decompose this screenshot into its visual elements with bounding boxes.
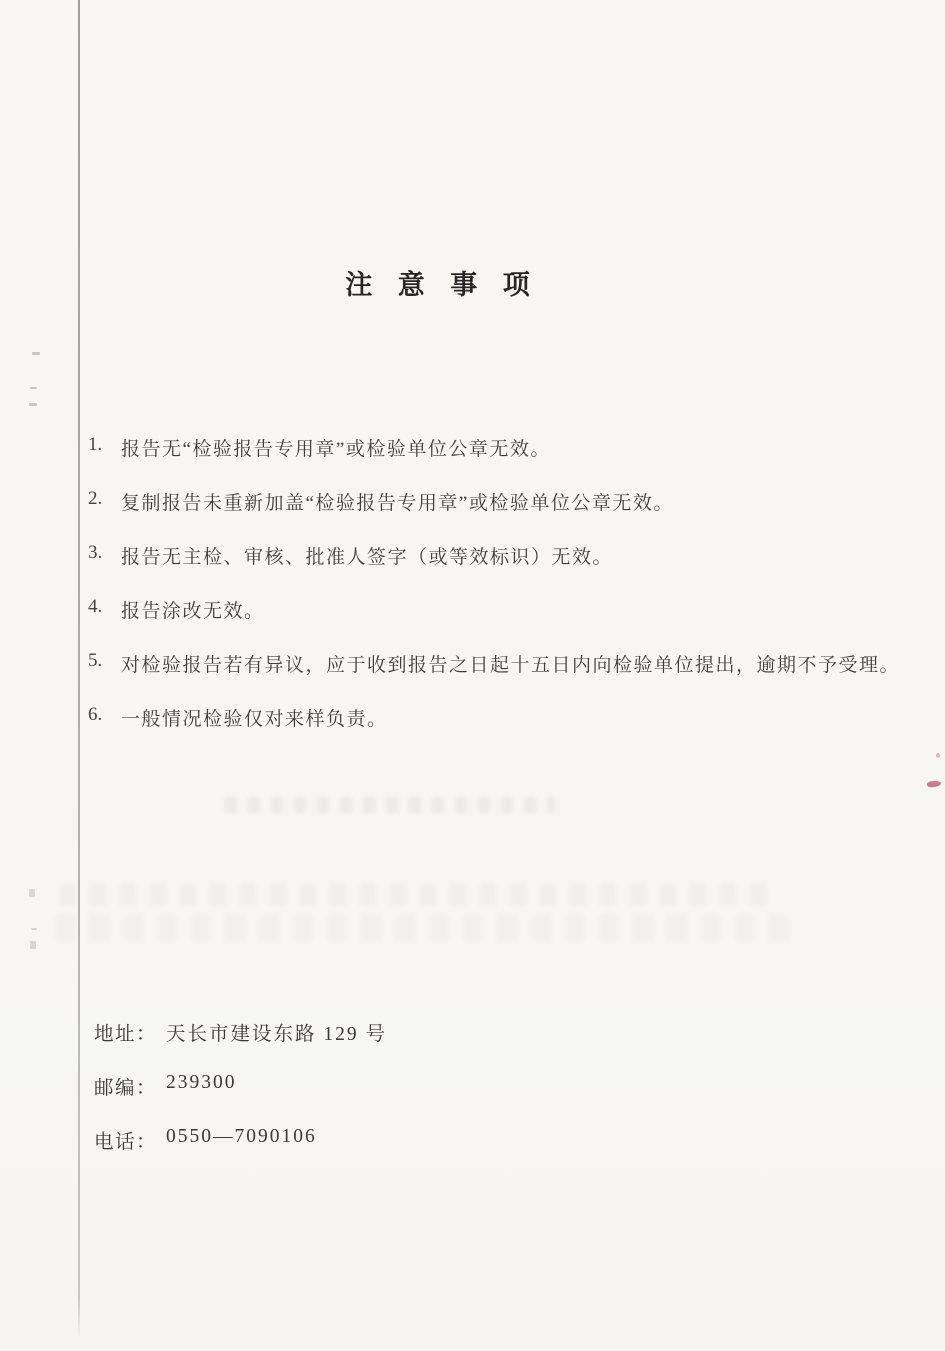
phone-label: 电话：	[94, 1126, 166, 1154]
bleedthrough-smudge	[60, 884, 780, 906]
list-item: 1. 报告无“检验报告专用章”或检验单位公章无效。	[88, 434, 927, 456]
ink-smudge-dot	[936, 753, 940, 758]
list-item: 6. 一般情况检验仅对来样负责。	[88, 704, 927, 726]
item-text: 复制报告未重新加盖“检验报告专用章”或检验单位公章无效。	[121, 488, 674, 515]
item-number: 6.	[88, 704, 121, 726]
postcode-label: 邮编：	[94, 1072, 166, 1100]
page-fold-line	[78, 0, 80, 1338]
margin-mark	[31, 928, 37, 930]
item-number: 3.	[88, 542, 121, 564]
item-number: 4.	[88, 596, 121, 618]
contact-block: 地址： 天长市建设东路 129 号 邮编： 239300 电话： 0550—70…	[94, 1018, 387, 1180]
address-row: 地址： 天长市建设东路 129 号	[94, 1018, 387, 1041]
margin-mark	[30, 387, 37, 389]
postcode-value: 239300	[166, 1072, 237, 1094]
list-item: 4. 报告涂改无效。	[88, 596, 927, 618]
bleedthrough-smudge	[55, 915, 795, 941]
item-text: 报告涂改无效。	[121, 596, 265, 623]
margin-mark	[32, 352, 40, 355]
item-number: 1.	[88, 434, 121, 456]
postcode-row: 邮编： 239300	[94, 1072, 387, 1095]
item-text: 报告无“检验报告专用章”或检验单位公章无效。	[121, 434, 551, 461]
list-item: 5. 对检验报告若有异议，应于收到报告之日起十五日内向检验单位提出，逾期不予受理…	[88, 650, 927, 672]
list-item: 2. 复制报告未重新加盖“检验报告专用章”或检验单位公章无效。	[88, 488, 927, 510]
document-page: 注 意 事 项 1. 报告无“检验报告专用章”或检验单位公章无效。 2. 复制报…	[0, 0, 945, 1351]
address-label: 地址：	[94, 1018, 166, 1046]
address-value: 天长市建设东路 129 号	[166, 1018, 387, 1046]
margin-mark	[30, 941, 36, 949]
phone-value: 0550—7090106	[166, 1126, 317, 1148]
item-number: 5.	[88, 650, 121, 672]
ink-smudge-mark	[927, 780, 942, 788]
bleedthrough-smudge	[225, 797, 555, 813]
margin-mark	[29, 889, 35, 897]
item-text: 一般情况检验仅对来样负责。	[121, 704, 388, 731]
item-text: 对检验报告若有异议，应于收到报告之日起十五日内向检验单位提出，逾期不予受理。	[121, 650, 900, 677]
list-item: 3. 报告无主检、审核、批准人签字（或等效标识）无效。	[88, 542, 927, 564]
phone-row: 电话： 0550—7090106	[94, 1126, 387, 1149]
notes-list: 1. 报告无“检验报告专用章”或检验单位公章无效。 2. 复制报告未重新加盖“检…	[88, 434, 927, 758]
item-number: 2.	[88, 488, 121, 510]
page-title: 注 意 事 项	[0, 263, 884, 302]
item-text: 报告无主检、审核、批准人签字（或等效标识）无效。	[121, 542, 613, 569]
margin-mark	[29, 403, 37, 406]
